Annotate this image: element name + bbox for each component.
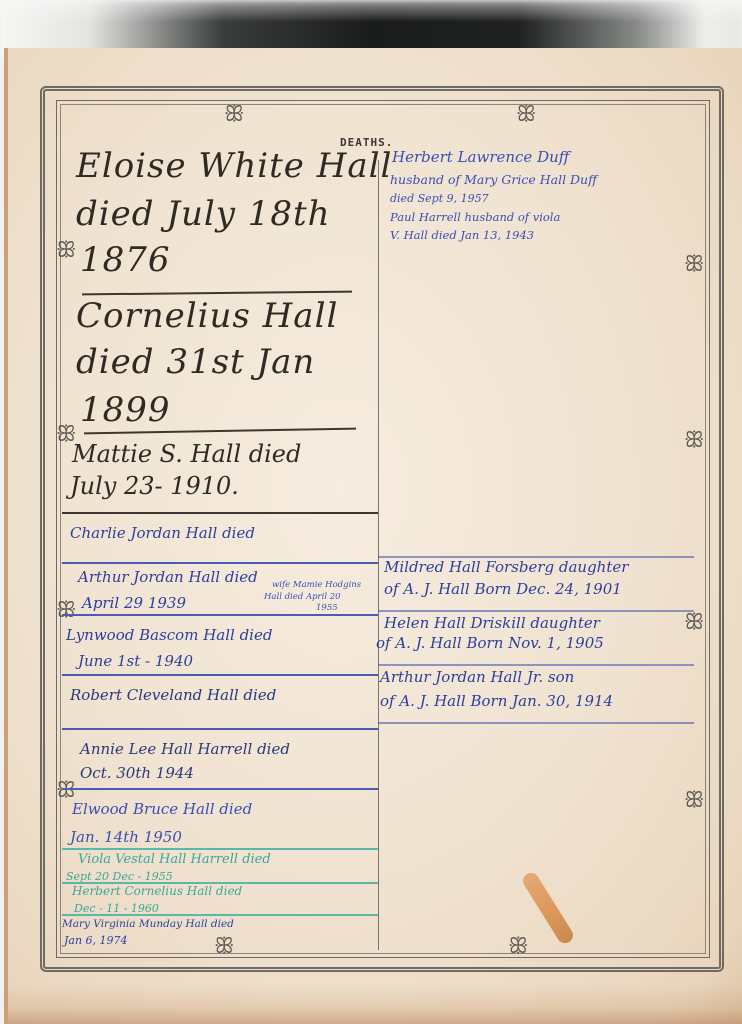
entry-lynwood-line2: June 1st - 1940 (78, 652, 193, 670)
entry-separator (378, 664, 694, 666)
entry-mary-line1: Mary Virginia Munday Hall died (62, 918, 234, 930)
entry-separator (62, 614, 378, 616)
entry-separator (62, 914, 378, 916)
entry-mildred-line1: Mildred Hall Forsberg daughter (384, 558, 628, 576)
entry-mary-line2: Jan 6, 1974 (64, 934, 128, 947)
entry-annie-line1: Annie Lee Hall Harrell died (80, 740, 290, 758)
entry-helen-line2: of A. J. Hall Born Nov. 1, 1905 (376, 634, 604, 652)
entry-arthur-note-line1: wife Mamie Hodgins (272, 580, 361, 590)
entry-mildred-line2: of A. J. Hall Born Dec. 24, 1901 (384, 580, 622, 598)
entry-annie-line2: Oct. 30th 1944 (80, 764, 194, 782)
entry-cornelius-line2: died 31st Jan (76, 342, 315, 382)
scroll-ornament-icon: ꕥ (516, 104, 536, 126)
entry-elwood-line2: Jan. 14th 1950 (70, 828, 182, 846)
scroll-ornament-icon: ꕥ (214, 936, 234, 958)
entry-separator (62, 512, 378, 514)
photo-background-fade (0, 0, 742, 55)
entry-paul-harrell-line2: V. Hall died Jan 13, 1943 (390, 228, 534, 242)
entry-paul-harrell-line1: Paul Harrell husband of viola (390, 210, 560, 224)
entry-arthur-note-line2: Hall died April 20 (264, 592, 341, 602)
entry-herbert-duff-line3: died Sept 9, 1957 (390, 192, 489, 205)
entry-arthur-jr-line2: of A. J. Hall Born Jan. 30, 1914 (380, 692, 613, 710)
entry-cornelius-line3: 1899 (80, 390, 171, 430)
entry-mattie-line2: July 23- 1910. (70, 472, 239, 500)
entry-robert: Robert Cleveland Hall died (70, 686, 276, 704)
scroll-ornament-icon: ꕥ (684, 612, 704, 634)
entry-mattie-line1: Mattie S. Hall died (72, 440, 301, 468)
page-edge-stain (8, 984, 742, 1024)
scroll-ornament-icon: ꕥ (684, 254, 704, 276)
entry-helen-line1: Helen Hall Driskill daughter (384, 614, 600, 632)
entry-herbert-line1: Herbert Cornelius Hall died (72, 884, 242, 898)
entry-arthur-jr-line1: Arthur Jordan Hall Jr. son (380, 668, 574, 686)
entry-viola-line1: Viola Vestal Hall Harrell died (78, 852, 271, 867)
scroll-ornament-icon: ꕥ (56, 780, 76, 802)
entry-separator (62, 728, 378, 730)
entry-separator (62, 788, 378, 790)
entry-herbert-duff-line2: husband of Mary Grice Hall Duff (390, 172, 597, 187)
entry-charlie: Charlie Jordan Hall died (70, 524, 255, 542)
entry-eloise-line3: 1876 (80, 240, 171, 280)
entry-arthur-note-line3: 1955 (316, 603, 338, 613)
entry-herbert-duff-line1: Herbert Lawrence Duff (392, 148, 569, 166)
scroll-ornament-icon: ꕥ (224, 104, 244, 126)
entry-separator (62, 562, 378, 564)
entry-separator (62, 674, 378, 676)
scroll-ornament-icon: ꕥ (56, 600, 76, 622)
scroll-ornament-icon: ꕥ (508, 936, 528, 958)
entry-lynwood-line1: Lynwood Bascom Hall died (66, 626, 272, 644)
entry-elwood-line1: Elwood Bruce Hall died (72, 800, 252, 818)
entry-arthur-line2: April 29 1939 (82, 594, 186, 612)
entry-separator (378, 610, 694, 612)
scroll-ornament-icon: ꕥ (684, 790, 704, 812)
entry-eloise-line2: died July 18th (76, 194, 331, 234)
scroll-ornament-icon: ꕥ (684, 430, 704, 452)
entry-eloise-line1: Eloise White Hall (76, 146, 392, 186)
entry-cornelius-line1: Cornelius Hall (76, 296, 338, 336)
column-divider (378, 160, 379, 950)
scroll-ornament-icon: ꕥ (56, 240, 76, 262)
entry-arthur-line1: Arthur Jordan Hall died (78, 568, 258, 586)
entry-separator (62, 848, 378, 850)
entry-separator (378, 722, 694, 724)
